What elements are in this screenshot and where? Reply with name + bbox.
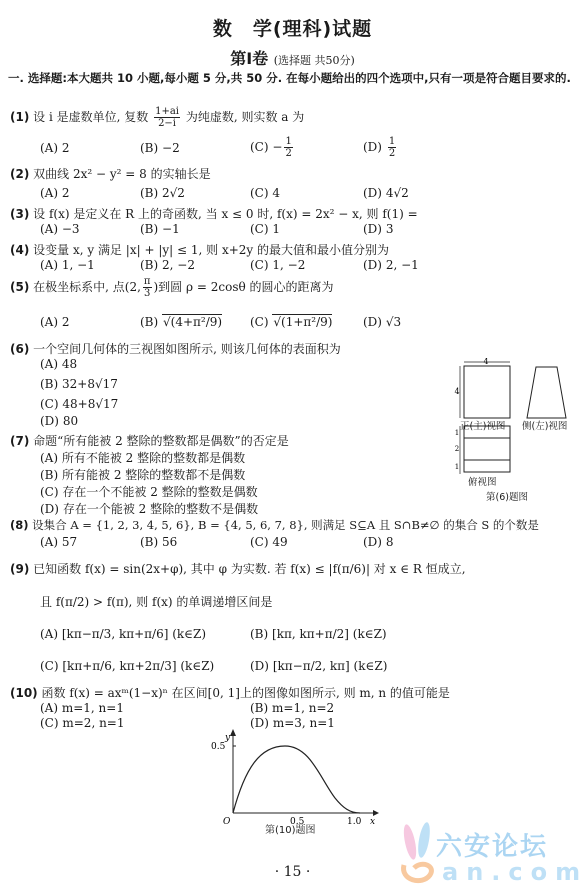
question-9-continued: 且 f(π/2) > f(π), 则 f(x) 的单调递增区间是 <box>40 593 272 610</box>
q9-option-a: (A) [kπ−π/3, kπ+π/6] (k∈Z) <box>40 627 206 641</box>
q6-option-d: (D) 80 <box>40 414 78 428</box>
figure-6-three-views: 4 4 1 2 1 正(主)视图 侧(左)视图 俯视图 第(6)题图 <box>452 358 582 503</box>
q1-option-b: (B) −2 <box>140 141 180 155</box>
page-number: · 15 · <box>0 864 585 880</box>
svg-text:4: 4 <box>454 387 459 396</box>
q8-option-b: (B) 56 <box>140 535 177 549</box>
q9-option-b: (B) [kπ, kπ+π/2] (k∈Z) <box>250 627 387 641</box>
fraction: 1+ai2−i <box>154 106 180 129</box>
q1-option-a: (A) 2 <box>40 141 70 155</box>
part-label: 第Ⅰ卷 <box>230 49 268 68</box>
q8-option-c: (C) 49 <box>250 535 288 549</box>
svg-text:O: O <box>223 817 231 827</box>
question-2: (2) 双曲线 2x² − y² = 8 的实轴长是 <box>10 165 211 182</box>
svg-text:0.5: 0.5 <box>211 742 226 752</box>
question-10: (10) 函数 f(x) = axᵐ(1−x)ⁿ 在区间[0, 1]上的图像如图… <box>10 684 450 701</box>
q5-option-a: (A) 2 <box>40 315 70 329</box>
question-5: (5) 在极坐标系中, 点(2,π3)到圆 ρ = 2cosθ 的圆心的距离为 <box>10 276 334 299</box>
side-view-label: 侧(左)视图 <box>522 418 567 432</box>
section-instructions: 一. 选择题:本大题共 10 小题,每小题 5 分,共 50 分. 在每小题给出… <box>8 70 578 87</box>
q10-option-a: (A) m=1, n=1 <box>40 701 124 715</box>
q1-option-c: (C) −12 <box>250 136 295 159</box>
q1-option-d: (D) 12 <box>363 136 398 159</box>
figure-10-caption: 第(10)题图 <box>265 821 316 836</box>
q7-option-d: (D) 存在一个能被 2 整除的整数不是偶数 <box>40 500 258 517</box>
q9-option-d: (D) [kπ−π/2, kπ] (k∈Z) <box>250 659 387 673</box>
front-view-label: 正(主)视图 <box>460 418 505 432</box>
q2-option-c: (C) 4 <box>250 186 280 200</box>
question-4: (4) 设变量 x, y 满足 |x| + |y| ≤ 1, 则 x+2y 的最… <box>10 241 389 258</box>
q4-option-b: (B) 2, −2 <box>140 258 195 272</box>
top-view-label: 俯视图 <box>468 474 497 488</box>
figure-6-caption: 第(6)题图 <box>486 489 528 503</box>
question-8: (8) 设集合 A = {1, 2, 3, 4, 5, 6}, B = {4, … <box>10 517 539 533</box>
q3-option-a: (A) −3 <box>40 222 80 236</box>
q7-option-a: (A) 所有不能被 2 整除的整数都是偶数 <box>40 449 245 466</box>
q2-option-b: (B) 2√2 <box>140 186 185 200</box>
page-title: 数 学(理科)试题 <box>0 14 585 41</box>
q10-option-c: (C) m=2, n=1 <box>40 716 125 730</box>
svg-text:x: x <box>370 817 375 827</box>
q8-option-d: (D) 8 <box>363 535 393 549</box>
q3-option-c: (C) 1 <box>250 222 280 236</box>
q7-option-b: (B) 所有能被 2 整除的整数都不是偶数 <box>40 466 245 483</box>
figure-10-graph: y 0.5 O 0.5 1.0 x 第(10)题图 <box>205 728 385 833</box>
q9-option-c: (C) [kπ+π/6, kπ+2π/3] (k∈Z) <box>40 659 214 673</box>
q7-option-c: (C) 存在一个不能被 2 整除的整数是偶数 <box>40 483 258 500</box>
q5-option-c: (C) √(1+π²/9) <box>250 315 332 329</box>
q4-option-c: (C) 1, −2 <box>250 258 305 272</box>
question-3: (3) 设 f(x) 是定义在 R 上的奇函数, 当 x ≤ 0 时, f(x)… <box>10 205 418 222</box>
q4-option-a: (A) 1, −1 <box>40 258 95 272</box>
q3-option-b: (B) −1 <box>140 222 180 236</box>
svg-text:1: 1 <box>455 463 459 471</box>
function-plot: y 0.5 O 0.5 1.0 x <box>205 728 385 833</box>
svg-text:2: 2 <box>455 445 459 453</box>
q6-option-a: (A) 48 <box>40 357 77 371</box>
part-heading: 第Ⅰ卷 (选择题 共50分) <box>0 46 585 69</box>
q5-option-b: (B) √(4+π²/9) <box>140 315 222 329</box>
svg-text:4: 4 <box>483 358 488 366</box>
q2-option-d: (D) 4√2 <box>363 186 409 200</box>
q2-option-a: (A) 2 <box>40 186 70 200</box>
q8-option-a: (A) 57 <box>40 535 77 549</box>
q10-option-b: (B) m=1, n=2 <box>250 701 334 715</box>
q6-option-c: (C) 48+8√17 <box>40 397 118 411</box>
question-7: (7) 命题“所有能被 2 整除的整数都是偶数”的否定是 <box>10 432 289 449</box>
svg-text:1.0: 1.0 <box>347 817 362 827</box>
q3-option-d: (D) 3 <box>363 222 393 236</box>
question-1: (1) 设 i 是虚数单位, 复数 1+ai2−i 为纯虚数, 则实数 a 为 <box>10 106 304 129</box>
q6-option-b: (B) 32+8√17 <box>40 377 118 391</box>
question-6: (6) 一个空间几何体的三视图如图所示, 则该几何体的表面积为 <box>10 340 341 357</box>
part-note: (选择题 共50分) <box>274 54 355 67</box>
question-9: (9) 已知函数 f(x) = sin(2x+φ), 其中 φ 为实数. 若 f… <box>10 560 466 577</box>
svg-text:1: 1 <box>455 429 459 437</box>
q4-option-d: (D) 2, −1 <box>363 258 419 272</box>
q5-option-d: (D) √3 <box>363 315 401 329</box>
